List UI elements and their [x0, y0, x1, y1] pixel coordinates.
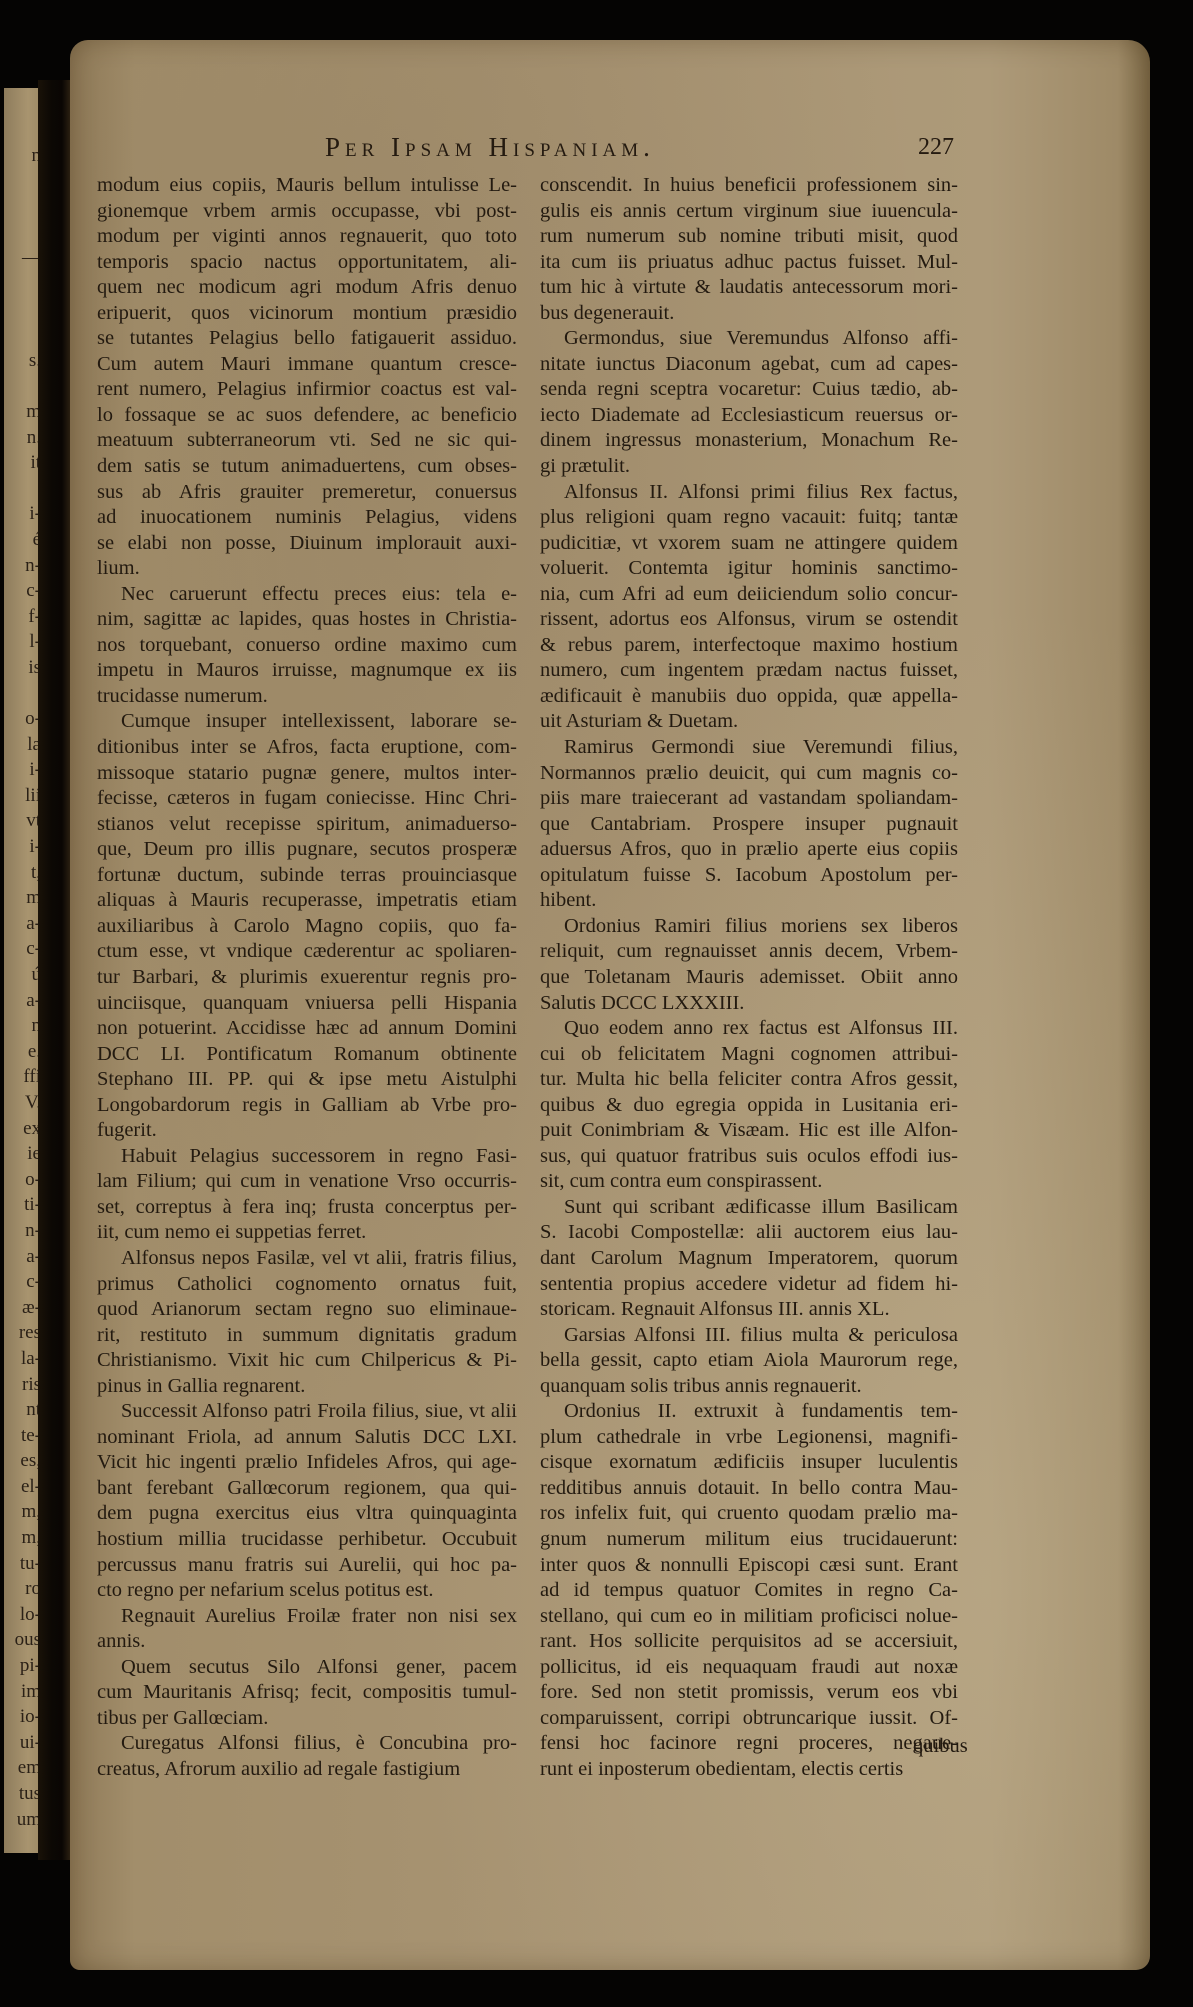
text-line: gnum numerum militum eius trucidauerunt:	[540, 1527, 958, 1553]
text-line: gi prætulit.	[540, 454, 958, 480]
text-line: uit Asturiam & Duetam.	[540, 709, 958, 735]
text-line: Ordonius Ramiri filius moriens sex liber…	[540, 914, 958, 940]
text-line: sus, qui quatuor fratribus suis oculos e…	[540, 1144, 958, 1170]
text-line: quanquam solis tribus annis regnauerit.	[540, 1374, 958, 1400]
text-line: nitate iunctus Diaconum agebat, cum ad c…	[540, 352, 958, 378]
text-line: Cum autem Mauri immane quantum cresce-	[97, 352, 517, 378]
text-line: lium.	[97, 556, 517, 582]
text-line: fortunæ ductum, subinde terras prouincia…	[97, 863, 517, 889]
text-line: ditionibus inter se Afros, facta eruptio…	[97, 735, 517, 761]
text-line: bant ferebant Gallœcorum regionem, qua q…	[97, 1476, 517, 1502]
text-line: Alfonsus II. Alfonsi primi filius Rex fa…	[540, 480, 958, 506]
text-line: conscendit. In huius beneficii professio…	[540, 173, 958, 199]
text-line: plum cathedrale in vrbe Legionensi, magn…	[540, 1425, 958, 1451]
text-line: quod Arianorum sectam regno suo eliminau…	[97, 1297, 517, 1323]
text-line: impetu in Mauros irruisse, magnumque ex …	[97, 658, 517, 684]
text-line: iecto Diademate ad Ecclesiasticum reuers…	[540, 403, 958, 429]
text-line: bella gessit, capto etiam Aiola Maurorum…	[540, 1348, 958, 1374]
text-line: stianos velut recepisse spiritum, animad…	[97, 812, 517, 838]
paragraph: Successit Alfonso patri Froila filius, s…	[97, 1399, 517, 1603]
text-line: lam Filium; qui cum in venatione Vrso oc…	[97, 1169, 517, 1195]
text-line: pollicitus, id eis nequaquam fraudi aut …	[540, 1655, 958, 1681]
text-line: stellano, qui cum eo in militiam profici…	[540, 1604, 958, 1630]
text-line: sententia propius accedere videtur ad fi…	[540, 1272, 958, 1298]
text-line: percussus manu fratris sui Aurelii, qui …	[97, 1553, 517, 1579]
text-line: fecisse, cæteros in fugam coniecisse. Hi…	[97, 786, 517, 812]
text-line: bus degenerauit.	[540, 301, 958, 327]
text-line: Quo eodem anno rex factus est Alfonsus I…	[540, 1016, 958, 1042]
text-line: opitulatum fuisse S. Iacobum Apostolum p…	[540, 863, 958, 889]
text-line: ad id tempus quatuor Comites in regno Ca…	[540, 1578, 958, 1604]
text-line: rissent, adortus eos Alfonsus, virum se …	[540, 607, 958, 633]
text-line: Christianismo. Vixit hic cum Chilpericus…	[97, 1348, 517, 1374]
text-line: dinem ingressus monasterium, Monachum Re…	[540, 428, 958, 454]
text-line: quibus & duo egregia oppida in Lusitania…	[540, 1093, 958, 1119]
text-line: aduersus Afros, quo in prælio aperte eiu…	[540, 837, 958, 863]
text-line: senda regni sceptra vocaretur: Cuius tæd…	[540, 377, 958, 403]
paragraph: Ordonius II. extruxit à fundamentis tem-…	[540, 1399, 958, 1782]
text-line: Garsias Alfonsi III. filius multa & peri…	[540, 1323, 958, 1349]
paragraph: Alfonsus II. Alfonsi primi filius Rex fa…	[540, 480, 958, 735]
text-line: fore. Sed non stetit promissis, verum eo…	[540, 1680, 958, 1706]
text-line: voluerit. Contemta igitur hominis sancti…	[540, 556, 958, 582]
text-line: storicam. Regnauit Alfonsus III. annis X…	[540, 1297, 958, 1323]
text-line: lo fossaque se ac suos defendere, ac ben…	[97, 403, 517, 429]
paragraph: Nec caruerunt effectu preces eius: tela …	[97, 582, 517, 710]
text-line: rit, restituto in summum dignitatis grad…	[97, 1323, 517, 1349]
text-line: iit, cum nemo ei suppetias ferret.	[97, 1220, 517, 1246]
paragraph: Garsias Alfonsi III. filius multa & peri…	[540, 1323, 958, 1400]
text-line: runt ei inposterum obedientam, electis c…	[540, 1757, 958, 1783]
text-line: gulis eis annis certum virginum siue iuu…	[540, 199, 958, 225]
page-number: 227	[918, 134, 954, 161]
right-text-column: conscendit. In huius beneficii professio…	[540, 173, 958, 1782]
text-line: fensi hoc facinore regni proceres, negau…	[540, 1731, 958, 1757]
text-line: ædificauit è manubiis duo oppida, quæ ap…	[540, 684, 958, 710]
text-line: non potuerint. Accidisse hæc ad annum Do…	[97, 1016, 517, 1042]
text-line: primus Catholici cognomento ornatus fuit…	[97, 1272, 517, 1298]
text-line: creatus, Afrorum auxilio ad regale fasti…	[97, 1757, 517, 1783]
text-line: cui ob felicitatem Magni cognomen attrib…	[540, 1042, 958, 1068]
text-line: Quem secutus Silo Alfonsi gener, pacem	[97, 1655, 517, 1681]
text-line: dant Carolum Magnum Imperatorem, quorum	[540, 1246, 958, 1272]
text-line: Ramirus Germondi siue Veremundi filius,	[540, 735, 958, 761]
text-line: Sunt qui scribant ædificasse illum Basil…	[540, 1195, 958, 1221]
text-line: modum per viginti annos regnauerit, quo …	[97, 224, 517, 250]
text-line: & rebus parem, interfectoque maximo host…	[540, 633, 958, 659]
text-line: ita cum iis priuatus adhuc pactus fuisse…	[540, 250, 958, 276]
text-line: Habuit Pelagius successorem in regno Fas…	[97, 1144, 517, 1170]
text-line: se elabi non posse, Diuinum implorauit a…	[97, 531, 517, 557]
paragraph: Quo eodem anno rex factus est Alfonsus I…	[540, 1016, 958, 1195]
text-line: sit, cum contra eum conspirassent.	[540, 1169, 958, 1195]
text-line: cisque exornatum ædificiis insuper lucul…	[540, 1450, 958, 1476]
left-text-column: modum eius copiis, Mauris bellum intulis…	[97, 173, 517, 1782]
text-line: sus ab Afris grauiter premeretur, conuer…	[97, 480, 517, 506]
text-line: nominant Friola, ad annum Salutis DCC LX…	[97, 1425, 517, 1451]
text-line: quem nec modicum agri modum Afris denuo	[97, 275, 517, 301]
catchword: quibus	[913, 1735, 968, 1758]
text-line: rant. Hos sollicite perquisitos ad se ac…	[540, 1629, 958, 1655]
text-line: Salutis DCCC LXXXIII.	[540, 991, 958, 1017]
text-line: DCC LI. Pontificatum Romanum obtinente	[97, 1042, 517, 1068]
text-line: Regnauit Aurelius Froilæ frater non nisi…	[97, 1604, 517, 1630]
text-line: ros infelix fuit, qui cruento quodam præ…	[540, 1501, 958, 1527]
text-line: cum Mauritanis Afrisq; fecit, compositis…	[97, 1680, 517, 1706]
text-line: temporis spacio nactus opportunitatem, a…	[97, 250, 517, 276]
text-line: tum hic à virtute & laudatis antecessoru…	[540, 275, 958, 301]
text-line: se tutantes Pelagius bello fatigauerit a…	[97, 326, 517, 352]
text-line: modum eius copiis, Mauris bellum intulis…	[97, 173, 517, 199]
text-line: aliquas à Mauris recuperasse, impetratis…	[97, 888, 517, 914]
text-line: hibent.	[540, 888, 958, 914]
book-page: Per Ipsam Hispaniam. 227 modum eius copi…	[70, 40, 1150, 1970]
text-line: comparuissent, corripi obtruncarique ius…	[540, 1706, 958, 1732]
text-line: dem satis se tutum animaduertens, cum ob…	[97, 454, 517, 480]
paragraph: Curegatus Alfonsi filius, è Concubina pr…	[97, 1731, 517, 1782]
text-line: pudicitiæ, vt vxorem suam ne attingere q…	[540, 531, 958, 557]
text-line: tibus per Gallœciam.	[97, 1706, 517, 1732]
text-line: plus religioni quam regno vacauit: fuitq…	[540, 505, 958, 531]
text-line: pinus in Gallia regnarent.	[97, 1374, 517, 1400]
text-line: Successit Alfonso patri Froila filius, s…	[97, 1399, 517, 1425]
text-line: set, correptus à fera inq; frusta concer…	[97, 1195, 517, 1221]
text-line: hostium millia trucidasse perhibetur. Oc…	[97, 1527, 517, 1553]
text-line: missoque statario pugnæ genere, multos i…	[97, 761, 517, 787]
paragraph: Habuit Pelagius successorem in regno Fas…	[97, 1144, 517, 1246]
text-line: redditibus annuis dotauit. In bello cont…	[540, 1476, 958, 1502]
text-line: Germondus, siue Veremundus Alfonso affi-	[540, 326, 958, 352]
paragraph: Regnauit Aurelius Froilæ frater non nisi…	[97, 1604, 517, 1655]
running-head: Per Ipsam Hispaniam. 227	[70, 132, 1150, 166]
paragraph: conscendit. In huius beneficii professio…	[540, 173, 958, 326]
paragraph: Alfonsus nepos Fasilæ, vel vt alii, frat…	[97, 1246, 517, 1399]
paragraph: modum eius copiis, Mauris bellum intulis…	[97, 173, 517, 582]
text-line: ad inuocationem numinis Pelagius, videns	[97, 505, 517, 531]
text-line: Stephano III. PP. qui & ipse metu Aistul…	[97, 1067, 517, 1093]
text-line: inter quos & nonnulli Episcopi cæsi sunt…	[540, 1553, 958, 1579]
paragraph: Ordonius Ramiri filius moriens sex liber…	[540, 914, 958, 1016]
text-line: Vicit hic ingenti prælio Infideles Afros…	[97, 1450, 517, 1476]
text-line: S. Iacobi Compostellæ: alii auctorem eiu…	[540, 1220, 958, 1246]
text-line: tur. Multa hic bella feliciter contra Af…	[540, 1067, 958, 1093]
paragraph: Cumque insuper intellexissent, laborare …	[97, 709, 517, 1143]
text-line: tur Barbari, & plurimis exuerentur regni…	[97, 965, 517, 991]
text-line: Longobardorum regis in Galliam ab Vrbe p…	[97, 1093, 517, 1119]
running-title: Per Ipsam Hispaniam.	[325, 132, 655, 163]
text-line: Normannos prælio deuicit, qui cum magnis…	[540, 761, 958, 787]
paragraph: Sunt qui scribant ædificasse illum Basil…	[540, 1195, 958, 1323]
text-line: eripuerit, quos vicinorum montium præsid…	[97, 301, 517, 327]
text-line: Nec caruerunt effectu preces eius: tela …	[97, 582, 517, 608]
text-line: rent numero, Pelagius infirmior coactus …	[97, 377, 517, 403]
text-line: nim, sagittæ ac lapides, quas hostes in …	[97, 607, 517, 633]
text-line: dem pugna exercitus eius vltra quinquagi…	[97, 1501, 517, 1527]
text-line: piis mare traiecerant ad vastandam spoli…	[540, 786, 958, 812]
text-line: Alfonsus nepos Fasilæ, vel vt alii, frat…	[97, 1246, 517, 1272]
text-line: que Cantabriam. Prospere insuper pugnaui…	[540, 812, 958, 838]
text-line: uinciisque, quanquam vniuersa pelli Hisp…	[97, 991, 517, 1017]
text-line: nia, cum Afri ad eum deiiciendum solio c…	[540, 582, 958, 608]
text-line: puit Conimbriam & Visæam. Hic est ille A…	[540, 1118, 958, 1144]
text-line: meatuum subterraneorum vti. Sed ne sic q…	[97, 428, 517, 454]
text-line: Cumque insuper intellexissent, laborare …	[97, 709, 517, 735]
text-line: fugerit.	[97, 1118, 517, 1144]
paragraph: Germondus, siue Veremundus Alfonso affi-…	[540, 326, 958, 479]
text-line: auxiliaribus à Carolo Magno copiis, quo …	[97, 914, 517, 940]
text-line: annis.	[97, 1629, 517, 1655]
text-line: ctum esse, vt vndique cæderentur ac spol…	[97, 939, 517, 965]
text-line: Ordonius II. extruxit à fundamentis tem-	[540, 1399, 958, 1425]
paragraph: Ramirus Germondi siue Veremundi filius,N…	[540, 735, 958, 914]
text-line: rum numerum sub nomine tributi misit, qu…	[540, 224, 958, 250]
paragraph: Quem secutus Silo Alfonsi gener, pacemcu…	[97, 1655, 517, 1732]
text-line: cto regno per nefarium scelus potitus es…	[97, 1578, 517, 1604]
text-line: Curegatus Alfonsi filius, è Concubina pr…	[97, 1731, 517, 1757]
text-line: reliquit, cum regnauisset annis decem, V…	[540, 939, 958, 965]
text-line: numero, cum ingentem prædam nactus fuiss…	[540, 658, 958, 684]
text-line: trucidasse numerum.	[97, 684, 517, 710]
text-line: nos torquebant, conuerso ordine maximo c…	[97, 633, 517, 659]
text-line: que, Deum pro illis pugnare, secutos pro…	[97, 837, 517, 863]
text-line: gionemque vrbem armis occupasse, vbi pos…	[97, 199, 517, 225]
text-line: que Toletanam Mauris ademisset. Obiit an…	[540, 965, 958, 991]
